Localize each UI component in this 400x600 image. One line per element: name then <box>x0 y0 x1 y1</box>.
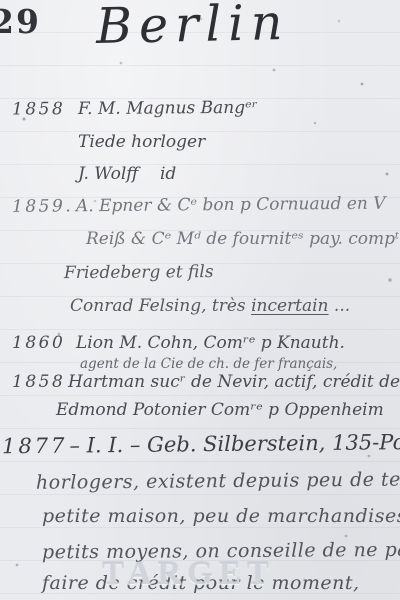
entry-line: Conrad Felsing, très incertain ... <box>0 296 400 316</box>
entry-text: agent de la Cie de ch. de fer français, <box>80 356 337 372</box>
entry-line: Reiß & Cᵉ Mᵈ de fournitᵉˢ pay. compᵗ. <box>0 229 400 249</box>
entry-year: 1858 <box>12 372 72 392</box>
entry-line: 1858F. M. Magnus Bangᵉʳ <box>0 96 400 119</box>
page-number: 29 <box>0 2 41 41</box>
entry-text: A. Epner & Cᵉ bon p Cornuaud en V <box>76 194 386 217</box>
entry-year: 1859. <box>12 196 72 217</box>
target-watermark: TARGET <box>102 556 275 593</box>
entry-text: Edmond Potonier Comʳᵉ p Oppenheim <box>56 400 384 420</box>
entry-text: F. M. Magnus Bangᵉʳ <box>78 98 258 119</box>
entry-text: J. Wolff id <box>78 164 176 184</box>
entry-line: Edmond Potonier Comʳᵉ p Oppenheim <box>0 400 400 420</box>
entry-text: Conrad Felsing, très <box>70 296 251 316</box>
entry-line: horlogers, existent depuis peu de temps <box>0 468 400 494</box>
entry-text-underlined: incertain <box>251 296 328 316</box>
entry-line: petite maison, peu de marchandises, <box>0 505 400 527</box>
page-title: Berlin <box>95 0 289 55</box>
entry-text: Tiede horloger <box>78 132 205 152</box>
entry-text: petite maison, peu de marchandises, <box>42 505 400 527</box>
entry-year: 1860 <box>12 333 72 353</box>
entry-line: agent de la Cie de ch. de fer français, <box>0 356 400 372</box>
entry-text: – I. I. – Geb. Silberstein, 135-Potsdame… <box>69 429 400 457</box>
entry-text: Friedeberg et fils <box>64 262 214 283</box>
ledger-page: 29 Berlin 1858F. M. Magnus Bangᵉʳ Tiede … <box>0 0 400 600</box>
entry-line: J. Wolff id <box>0 164 400 184</box>
entry-line: 1877– I. I. – Geb. Silberstein, 135-Pots… <box>0 430 400 459</box>
entry-text: ... <box>329 296 351 316</box>
entry-year: 1877 <box>2 434 68 459</box>
entry-year: 1858 <box>12 99 72 119</box>
entry-line: 1860Lion M. Cohn, Comʳᵉ p Knauth. <box>0 333 400 353</box>
entry-line: Tiede horloger <box>0 132 400 152</box>
entry-text: Hartman sucʳ de Nevir, actif, crédit de … <box>68 372 400 392</box>
entry-text: Reiß & Cᵉ Mᵈ de fournitᵉˢ pay. compᵗ. <box>86 229 400 249</box>
entry-text: Lion M. Cohn, Comʳᵉ p Knauth. <box>76 333 345 353</box>
entry-line: 1858Hartman sucʳ de Nevir, actif, crédit… <box>0 372 400 392</box>
entry-text: horlogers, existent depuis peu de temps <box>36 468 400 494</box>
entry-line: 1859.A. Epner & Cᵉ bon p Cornuaud en V <box>0 193 400 217</box>
entry-line: Friedeberg et fils <box>0 260 400 283</box>
